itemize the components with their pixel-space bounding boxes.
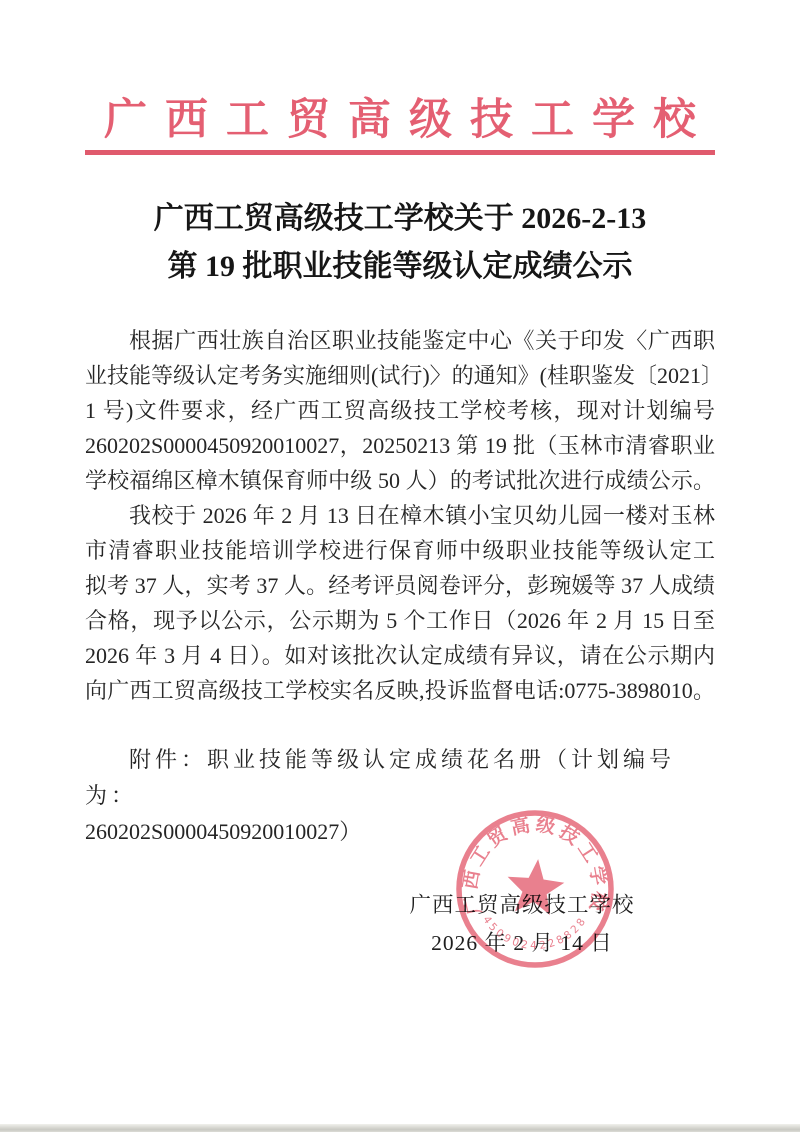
signature-block: 广西工贸高级技工学校 2026 年 2 月 14 日	[372, 886, 672, 962]
paragraph1-line: 260202S0000450920010027，20250213 第 19 批（…	[85, 428, 715, 463]
notice-title-line2: 第 19 批职业技能等级认定成绩公示	[0, 243, 800, 291]
paragraph2-line: 拟考 37 人，实考 37 人。经考评员阅卷评分，彭琬媛等 37 人成绩	[85, 568, 715, 603]
scanned-notice-page: 广西工贸高级技工学校 广西工贸高级技工学校关于 2026-2-13 第 19 批…	[0, 0, 800, 1132]
scan-bottom-edge	[0, 1124, 800, 1132]
paragraph1-line: 学校福绵区樟木镇保育师中级 50 人）的考试批次进行成绩公示。	[85, 463, 715, 498]
paragraph2-line: 向广西工贸高级技工学校实名反映,投诉监督电话:0775-3898010。	[85, 673, 715, 708]
notice-title-line1: 广西工贸高级技工学校关于 2026-2-13	[0, 195, 800, 243]
paragraph2-line: 市清睿职业技能培训学校进行保育师中级职业技能等级认定工作，	[85, 533, 715, 568]
letterhead-school-name: 广西工贸高级技工学校	[85, 95, 715, 147]
paragraph2-line: 合格，现予以公示，公示期为 5 个工作日（2026 年 2 月 15 日至	[85, 603, 715, 638]
signature-date: 2026 年 2 月 14 日	[372, 924, 672, 962]
notice-body: 根据广西壮族自治区职业技能鉴定中心《关于印发〈广西职 业技能等级认定考务实施细则…	[85, 323, 715, 708]
attachment-line2: 260202S0000450920010027）	[85, 814, 715, 850]
attachment-line1: 附件：职业技能等级认定成绩花名册（计划编号为：	[85, 742, 715, 814]
paragraph1-line: 根据广西壮族自治区职业技能鉴定中心《关于印发〈广西职	[85, 323, 715, 358]
signature-org: 广西工贸高级技工学校	[372, 886, 672, 924]
paragraph2-line: 2026 年 3 月 4 日）。如对该批次认定成绩有异议，请在公示期内	[85, 638, 715, 673]
paragraph2-line: 我校于 2026 年 2 月 13 日在樟木镇小宝贝幼儿园一楼对玉林	[85, 498, 715, 533]
paragraph1-line: 业技能等级认定考务实施细则(试行)〉的通知》(桂职鉴发〔2021〕	[85, 358, 715, 393]
letterhead-divider-rule	[85, 150, 715, 155]
attachment-note: 附件：职业技能等级认定成绩花名册（计划编号为： 260202S000045092…	[85, 742, 715, 850]
notice-title: 广西工贸高级技工学校关于 2026-2-13 第 19 批职业技能等级认定成绩公…	[0, 195, 800, 291]
paragraph1-line: 1 号)文件要求，经广西工贸高级技工学校考核，现对计划编号为：	[85, 393, 715, 428]
